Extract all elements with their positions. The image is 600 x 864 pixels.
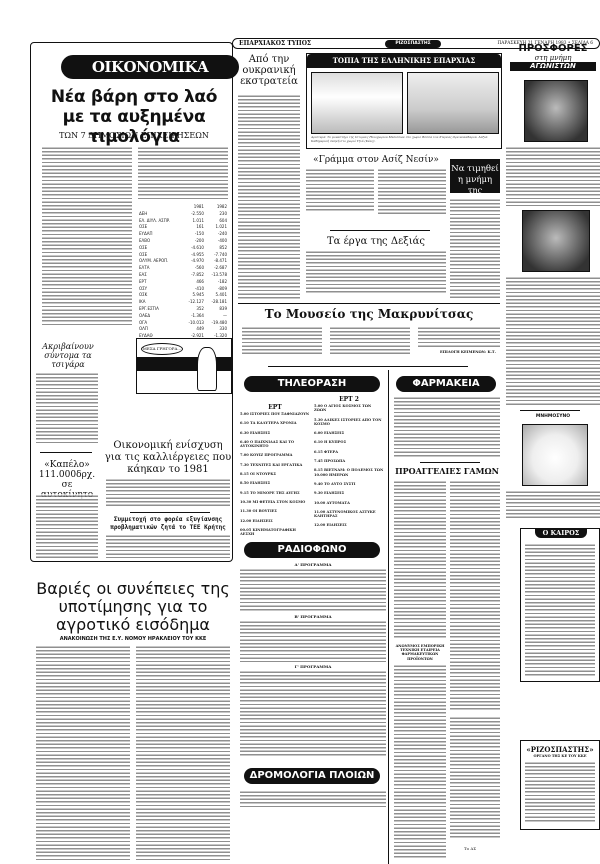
- column-divider: [388, 370, 389, 864]
- section-label: ΕΠΑΡΧΙΑΚΟΣ ΤΥΠΟΣ: [239, 40, 311, 47]
- rizospastis-body: [525, 761, 595, 823]
- table-row: ΕΡΓ.ΕΣΤΙΑ352839: [138, 306, 228, 313]
- tee-headline: Συμμετοχή στο φορέα εξυγίανσης προβληματ…: [106, 516, 230, 532]
- cigarettes-body: [36, 372, 98, 444]
- offers-title: ΠΡΟΣΦΟΡΕΣ στη μνήμη ΑΓΩΝΙΣΤΩΝ: [506, 44, 600, 74]
- tv-listing: 9.40 ΤΟ ΑΥΤΟ ΣΥΣΤΙ: [314, 482, 384, 486]
- rizospastis-title: «ΡΙΖΟΣΠΑΣΤΗΣ»: [521, 741, 599, 754]
- tv-listing: 7.45 ΠΡΟΣΩΠΑ: [314, 459, 384, 463]
- divider: [268, 366, 468, 367]
- tv-listing: 8.15 ΒΙΕΤΝΑΜ: Ο ΠΟΛΕΜΟΣ ΤΩΝ 10.000 ΗΜΕΡΩ…: [314, 468, 384, 477]
- table-row: ΕΛΒΟ-200-400: [138, 238, 228, 245]
- table-cell: ΟΛΥΜ. ΑΕΡΟΠ.: [138, 258, 182, 265]
- footer-signoff: Το ΔΣ: [464, 846, 476, 851]
- radio-banner: ΡΑΔΙΟΦΩΝΟ: [244, 542, 380, 558]
- table-cell: -410: [182, 286, 205, 293]
- memorial-body: [506, 490, 600, 520]
- table-cell: 230: [205, 211, 228, 218]
- table-row: ΙΚΑ-12.127-28.181: [138, 299, 228, 306]
- letter-body-col1: [306, 168, 374, 212]
- table-cell: 1.011: [182, 218, 205, 225]
- tv-listing: 9.15 ΤΟ ΜΙΝΟΡΕ ΤΗΣ ΑΥΓΗΣ: [240, 491, 310, 495]
- table-row: ΟΛΥΜ. ΑΕΡΟΠ.-4.970-8.471: [138, 258, 228, 265]
- table-row: ΕΛ. ΔΙΥΛ. ΑΣΠΡ.1.011604: [138, 218, 228, 225]
- table-row: ΔΕΗ-2.550230: [138, 211, 228, 218]
- ert2-title: ΕΡΤ 2: [314, 396, 384, 403]
- landscapes-caption: Αριστερά: Το μοναστήρι της Ιστορίας Ηλιο…: [311, 136, 499, 144]
- offers-body-2: [506, 276, 600, 406]
- table-cell: ΟΣΕ: [138, 245, 182, 252]
- tv-listing: 5.00 Ο ΑΓΙΟΣ ΚΟΣΜΟΣ ΤΩΝ ΖΩΩΝ: [314, 404, 384, 413]
- table-cell: ΟΛΠ: [138, 326, 182, 333]
- table-cell: ΕΛ. ΔΙΥΛ. ΑΣΠΡ.: [138, 218, 182, 225]
- table-cell: -240: [205, 231, 228, 238]
- ukraine-headline: Από την ουκρανική εκστρατεία: [238, 54, 300, 87]
- ert1-title: ΕΡΤ: [240, 404, 310, 411]
- divider: [330, 230, 430, 231]
- right-works-headline: Τα έργα της Δεξιάς: [306, 236, 446, 247]
- rizospastis-subtitle: ΟΡΓΑΝΟ ΤΗΣ ΚΕ ΤΟΥ ΚΚΕ: [521, 754, 599, 758]
- museum-byline: ΕΠΙΛΟΓΗ ΚΕΙΜΕΝΩΝ: Κ.Τ.: [440, 350, 496, 354]
- weddings-banner: ΠΡΟΑΓΓΕΛΙΕΣ ΓΑΜΩΝ: [394, 466, 500, 476]
- table-cell: ΕΡΓ.ΕΣΤΙΑ: [138, 306, 182, 313]
- cigarettes-headline: Ακριβαίνουν σύντομα τα τσιγάρα: [38, 342, 98, 369]
- museum-headline: Το Μουσείο της Μακρυνίτσας: [238, 306, 500, 322]
- tv-listing: 00.05 ΚΙΝΗΜΑΤΟΓΡΑΦΙΚΗ ΛΕΣΧΗ: [240, 528, 310, 537]
- masthead: ΡΙΖΟΣΠΑΣΤΗΣ: [385, 40, 441, 48]
- table-cell: ΙΚΑ: [138, 299, 182, 306]
- tv-listing: 10.30 ΜΙ ΦΕΤΕΙΑ ΣΤΟΝ ΚΟΣΜΟ: [240, 500, 310, 504]
- table-row: ΕΡΤ466-182: [138, 279, 228, 286]
- table-cell: -4.970: [182, 258, 205, 265]
- divider: [420, 462, 480, 463]
- table-cell: ΕΛΒΟ: [138, 238, 182, 245]
- table-cell: 352: [182, 306, 205, 313]
- portrait-photo-2: [522, 210, 590, 272]
- table-cell: -560: [182, 265, 205, 272]
- offers-body-1: [506, 146, 600, 206]
- landscapes-banner: ΤΟΠΙΑ ΤΗΣ ΕΛΛΗΝΙΚΗΣ ΕΠΑΡΧΙΑΣ: [307, 54, 501, 68]
- tv-listing: 7.30 ΤΕΧΝΙΤΕΣ ΚΑΙ ΕΡΓΑΤΙΚΑ: [240, 463, 310, 467]
- landscape-photo-right: [407, 72, 499, 134]
- radio-program-2: Β' ΠΡΟΓΡΑΜΜΑ: [240, 614, 386, 619]
- table-cell: 161: [182, 224, 205, 231]
- table-cell: -200: [182, 238, 205, 245]
- ukraine-body: [238, 94, 300, 300]
- table-cell: -2.687: [205, 265, 228, 272]
- table-cell: ΟΣΥ: [138, 286, 182, 293]
- tv-listing: 6.30 ΕΙΔΗΣΕΙΣ: [240, 431, 310, 435]
- offers-title-bot: ΑΓΩΝΙΣΤΩΝ: [510, 62, 596, 71]
- tv-listing: 6.10 Η ΚΥΠΡΟΣ: [314, 440, 384, 444]
- table-cell: -12.127: [182, 299, 205, 306]
- portrait-photo-1: [524, 80, 588, 142]
- table-header: 1981: [182, 204, 205, 211]
- radio-program-3: Γ' ΠΡΟΓΡΑΜΜΑ: [240, 664, 386, 669]
- table-cell: -10.013: [182, 320, 205, 327]
- honor-body: [450, 198, 500, 298]
- table-cell: ΟΣΕ: [138, 224, 182, 231]
- right-works-body: [306, 250, 446, 294]
- hat-body: [36, 494, 98, 558]
- letter-body-col2: [378, 168, 446, 216]
- museum-body-col3: [418, 326, 500, 348]
- table-cell: -2.550: [182, 211, 205, 218]
- table-cell: 604: [205, 218, 228, 225]
- cartoon-dark-band: [137, 357, 233, 371]
- offers-title-mid: στη μνήμη: [506, 54, 600, 62]
- speech-bubble: ΜΕΣΑ ΓΡΗΓΟΡΑ...: [141, 343, 183, 355]
- weddings-body-col2: [450, 480, 500, 710]
- farm-body-col1: [36, 645, 130, 860]
- table-cell: -7.852: [182, 272, 205, 279]
- table-cell: 839: [205, 306, 228, 313]
- table-cell: -28.181: [205, 299, 228, 306]
- table-cell: —: [205, 313, 228, 320]
- honor-banner: Να τιμηθεί η μνήμη της: [450, 159, 500, 193]
- tv-listing: 6.15 ΦΤΕΡΑ: [314, 450, 384, 454]
- table-cell: ΟΣΚ: [138, 292, 182, 299]
- table-row: ΕΛΤΑ-560-2.687: [138, 265, 228, 272]
- table-cell: 852: [205, 245, 228, 252]
- radio-body-3: [240, 670, 386, 756]
- table-header: [138, 204, 182, 211]
- tv-listing: 11.00 ΑΣΤΥΝΟΜΙΚΟΣ ΑΣΤΥΚΕ ΚΛΗΤΗΡΑΣ: [314, 510, 384, 519]
- table-cell: ΟΑΕΔ: [138, 313, 182, 320]
- table-cell: ΕΑΣ: [138, 272, 182, 279]
- rizospastis-box: «ΡΙΖΟΣΠΑΣΤΗΣ» ΟΡΓΑΝΟ ΤΗΣ ΚΕ ΤΟΥ ΚΚΕ: [520, 740, 600, 830]
- tv-listing: 8.50 ΕΙΔΗΣΕΙΣ: [240, 481, 310, 485]
- table-cell: 449: [182, 326, 205, 333]
- farm-body-col2: [136, 645, 230, 860]
- tv-listing: 12.00 ΕΙΔΗΣΕΙΣ: [314, 523, 384, 527]
- radio-body-1: [240, 568, 386, 612]
- economics-body-col2: [138, 146, 228, 200]
- table-cell: -19.480: [205, 320, 228, 327]
- economics-body-col1: [42, 146, 132, 326]
- banner-left: ΟΙΚΟΝΟΜΙΚΑ: [92, 58, 208, 76]
- table-row: ΟΣΚ5.9455.401: [138, 292, 228, 299]
- aid-body: [106, 478, 230, 506]
- table-cell: 466: [182, 279, 205, 286]
- table-cell: ΟΓΑ: [138, 320, 182, 327]
- table-cell: 1.021: [205, 224, 228, 231]
- table-row: ΟΑΕΔ-1.364—: [138, 313, 228, 320]
- table-cell: -7.740: [205, 252, 228, 259]
- weather-title: Ο ΚΑΙΡΟΣ: [535, 528, 587, 538]
- tv-banner: ΤΗΛΕΟΡΑΣΗ: [244, 376, 380, 392]
- deficit-table: 1981 1982 ΔΕΗ-2.550230ΕΛ. ΔΙΥΛ. ΑΣΠΡ.1.0…: [138, 204, 228, 354]
- divider: [40, 452, 92, 453]
- honor-headline: Να τιμηθεί η μνήμη της: [450, 159, 500, 197]
- table-cell: -13.578: [205, 272, 228, 279]
- table-cell: ΕΥΔΑΠ: [138, 231, 182, 238]
- decision-body: [450, 716, 500, 840]
- pharmacy-body: [394, 396, 500, 458]
- tv-listing: 8.15 ΟΙ ΝΤΟΥΡΚΣ: [240, 472, 310, 476]
- landscapes-section: ΤΟΠΙΑ ΤΗΣ ΕΛΛΗΝΙΚΗΣ ΕΠΑΡΧΙΑΣ Αριστερά: Τ…: [306, 53, 502, 149]
- farm-subhead: ΑΝΑΚΟΙΝΩΣΗ ΤΗΣ Ε.Υ. ΝΟΜΟΥ ΗΡΑΚΛΕΙΟΥ ΤΟΥ …: [36, 636, 230, 642]
- divider: [238, 303, 500, 304]
- tee-body: [106, 534, 230, 558]
- pharmacy-banner: ΦΑΡΜΑΚΕΙΑ: [396, 376, 496, 392]
- tv-listing: 11.30 ΟΙ ΒΟΥΤΙΕΣ: [240, 509, 310, 513]
- radio-body-2: [240, 620, 386, 662]
- table-cell: -4.955: [182, 252, 205, 259]
- divider: [130, 512, 210, 513]
- table-row: ΟΓΑ-10.013-19.480: [138, 320, 228, 327]
- tv-listing: 6.40 Ο ΠΑΙΧΝΙΔΑΣ ΚΑΙ ΤΟ ΑΥΤΟΚΙΝΗΤΟ: [240, 440, 310, 449]
- ert2-schedule: 5.00 Ο ΑΓΙΟΣ ΚΟΣΜΟΣ ΤΩΝ ΖΩΩΝ5.30 ΑΛΙΚΕΣ …: [314, 404, 384, 533]
- table-cell: -400: [205, 238, 228, 245]
- table-cell: -1.364: [182, 313, 205, 320]
- table-cell: -809: [205, 286, 228, 293]
- cartoon-figure-icon: [197, 347, 217, 391]
- ert1-schedule: 5.00 ΙΣΤΟΡΙΕΣ ΠΟΥ ΞΑΦΝΙΑΖΟΥΝ6.10 ΤΑ ΚΑΛΥ…: [240, 412, 310, 541]
- table-cell: 5.401: [205, 292, 228, 299]
- table-cell: -150: [182, 231, 205, 238]
- tv-listing: 9.30 ΕΙΔΗΣΕΙΣ: [314, 491, 384, 495]
- radio-program-1: Α' ΠΡΟΓΡΑΜΜΑ: [240, 562, 386, 567]
- table-row: ΕΥΔΑΠ-150-240: [138, 231, 228, 238]
- tv-listing: 6.00 ΕΙΔΗΣΕΙΣ: [314, 431, 384, 435]
- aid-headline: Οικονομική ενίσχυση για τις καλλιέργειες…: [104, 440, 232, 476]
- union-title: ΑΝΩΝΥΜΟΣ ΕΜΠΟΡΙΚΗ ΤΕΧΝΙΚΗ ΕΤΑΙΡΕΙΑ ΦΑΡΜΑ…: [394, 644, 446, 661]
- offers-title-top: ΠΡΟΣΦΟΡΕΣ: [506, 44, 600, 54]
- table-header: 1982: [205, 204, 228, 211]
- tv-listing: 6.10 ΤΑ ΚΑΛΥΤΕΡΑ ΧΡΟΝΙΑ: [240, 421, 310, 425]
- tv-listing: 5.30 ΑΛΙΚΕΣ ΙΣΤΟΡΙΕΣ ΑΠΟ ΤΟΝ ΚΟΣΜΟ: [314, 418, 384, 427]
- cartoon: ΜΕΣΑ ΓΡΗΓΟΡΑ...: [136, 338, 232, 394]
- table-cell: -8.471: [205, 258, 228, 265]
- economics-banner: ΟΙΚΟΝΟΜΙΚΑ ΘΕΜΑΤΑ: [61, 55, 239, 79]
- memorial-title: ΜΝΗΜΟΣΥΝΟ: [506, 414, 600, 419]
- memorial-photo: [522, 424, 588, 486]
- farm-headline: Βαριές οι συνέπειες της υποτίμησης για τ…: [36, 580, 230, 634]
- table-cell: ΕΛΤΑ: [138, 265, 182, 272]
- tv-listing: 12.00 ΕΙΔΗΣΕΙΣ: [240, 519, 310, 523]
- weather-body: [525, 543, 595, 677]
- table-cell: ΔΕΗ: [138, 211, 182, 218]
- table-row: ΟΣΥ-410-809: [138, 286, 228, 293]
- landscape-photo-left: [311, 72, 403, 134]
- table-cell: 5.945: [182, 292, 205, 299]
- table-cell: ΕΡΤ: [138, 279, 182, 286]
- letter-headline: «Γράμμα στον Ασίζ Νεσίν»: [306, 155, 446, 165]
- divider: [520, 410, 580, 411]
- economics-subhead: ΤΩΝ 7 ΔΗΜΟΣΙΩΝ ΕΠΙΧΕΙΡΗΣΕΩΝ: [46, 131, 222, 140]
- table-cell: 330: [205, 326, 228, 333]
- weather-box: Ο ΚΑΙΡΟΣ: [520, 528, 600, 682]
- tv-listing: 5.00 ΙΣΤΟΡΙΕΣ ΠΟΥ ΞΑΦΝΙΑΖΟΥΝ: [240, 412, 310, 416]
- ships-body: [240, 790, 386, 808]
- museum-body-col2: [330, 326, 410, 356]
- table-row: ΟΣΕ-4.955-7.740: [138, 252, 228, 259]
- tv-listing: 7.00 ΚΟΥΙΖ ΠΡΟΓΡΑΜΜΑ: [240, 453, 310, 457]
- weddings-body-col1: [394, 480, 446, 640]
- table-row: ΟΛΠ449330: [138, 326, 228, 333]
- union-body: [394, 664, 446, 860]
- tv-listing: 10.00 ΑΥΤΟΜΑΤΑ: [314, 501, 384, 505]
- table-cell: ΟΣΕ: [138, 252, 182, 259]
- table-row: ΕΑΣ-7.852-13.578: [138, 272, 228, 279]
- table-row: ΟΣΕ-4.610852: [138, 245, 228, 252]
- museum-body-col1: [242, 326, 322, 356]
- table-row: ΟΣΕ1611.021: [138, 224, 228, 231]
- table-cell: -4.610: [182, 245, 205, 252]
- ships-banner: ΔΡΟΜΟΛΟΓΙΑ ΠΛΟΙΩΝ: [244, 768, 380, 784]
- table-cell: -182: [205, 279, 228, 286]
